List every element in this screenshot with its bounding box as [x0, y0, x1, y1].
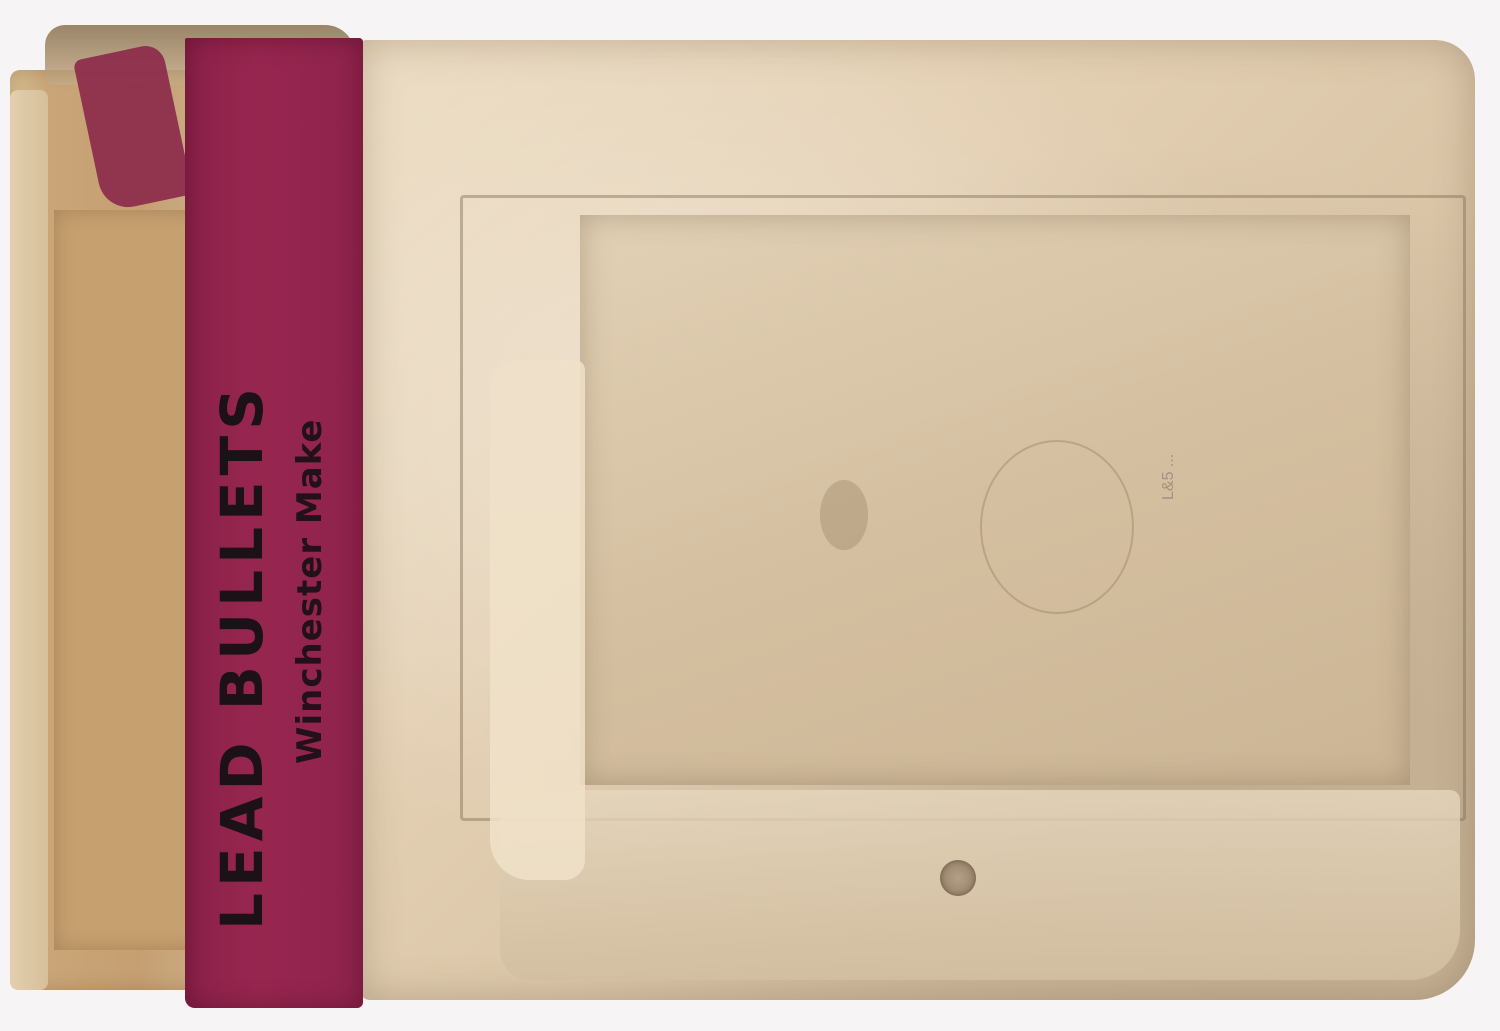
faint-print-text: L&5 ...: [1160, 454, 1178, 500]
flap-edge: [10, 90, 48, 990]
worn-bottom-strip: [500, 790, 1460, 980]
dent-mark: [820, 480, 868, 550]
peeled-paper-area: [490, 360, 585, 880]
paper-bubble: [980, 440, 1134, 614]
photo-scene: L&5 ... LEAD BULLETS Winchester Make: [0, 0, 1500, 1031]
label-band: LEAD BULLETS Winchester Make: [185, 38, 363, 1008]
label-subtitle: Winchester Make: [293, 38, 327, 1008]
puncture-hole: [940, 860, 976, 896]
flap-inner-panel: [54, 210, 204, 950]
label-title: LEAD BULLETS: [213, 38, 271, 1008]
label-text-group: LEAD BULLETS Winchester Make: [185, 38, 363, 1008]
